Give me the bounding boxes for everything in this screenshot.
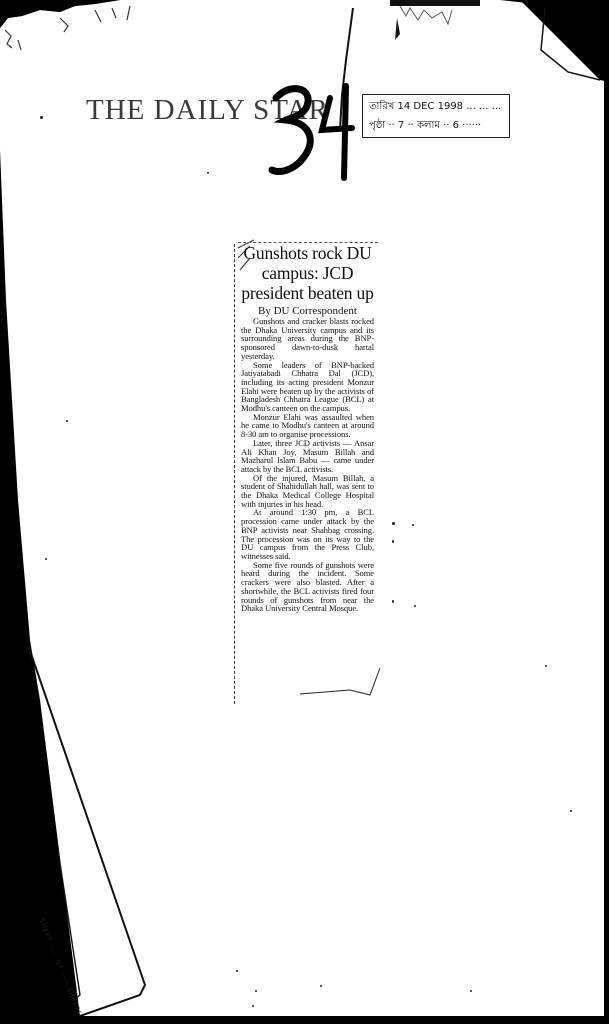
- article-paragraph: Monzur Elahi was assaulted when he came …: [241, 413, 374, 439]
- clipping-edge-left: [234, 244, 237, 704]
- scan-speck: [412, 524, 414, 526]
- scan-speck: [392, 540, 394, 543]
- article-paragraph: At around 1:30 pm, a BCL procession came…: [241, 508, 374, 560]
- scan-speck: [392, 522, 395, 525]
- article-body: Gunshots and cracker blasts rocked the D…: [241, 317, 374, 613]
- scan-speck: [252, 1005, 254, 1007]
- scan-speck: [255, 990, 257, 992]
- stamp-date: তারিখ 14 DEC 1998 ... ... ...: [369, 99, 501, 116]
- scanned-page: THE DAILY STAR তারিখ 14 DEC 1998 ... ...…: [0, 0, 609, 1024]
- scan-speck: [392, 600, 394, 603]
- scan-speck: [236, 970, 238, 972]
- article-paragraph: Some leaders of BNP-backed Jatiyatabadi …: [241, 361, 374, 413]
- scan-speck: [414, 605, 416, 607]
- scan-speck: [45, 558, 47, 560]
- article-paragraph: Gunshots and cracker blasts rocked the D…: [241, 317, 374, 361]
- scan-speck: [545, 665, 547, 667]
- scan-speck: [570, 810, 572, 812]
- scan-speck: [66, 420, 68, 422]
- scan-speck: [207, 172, 209, 174]
- stamp-page-column: পৃষ্ঠা ·· 7 ·· কলাম ·· 6 ······: [369, 118, 481, 135]
- article-paragraph: Of the injured, Masum Billah, a student …: [241, 474, 374, 509]
- article-paragraph: Later, three JCD activists — Ansar Ali K…: [241, 439, 374, 474]
- news-article: Gunshots rock DU campus: JCD president b…: [241, 243, 374, 613]
- scan-speck: [470, 990, 472, 992]
- scan-speck: [320, 985, 322, 987]
- article-headline: Gunshots rock DU campus: JCD president b…: [241, 243, 374, 303]
- date-stamp: তারিখ 14 DEC 1998 ... ... ... পৃষ্ঠা ·· …: [362, 94, 510, 138]
- scan-speck: [40, 116, 43, 119]
- article-paragraph: Some five rounds of gunshots were heard …: [241, 561, 374, 613]
- handwritten-page-number: [268, 78, 368, 188]
